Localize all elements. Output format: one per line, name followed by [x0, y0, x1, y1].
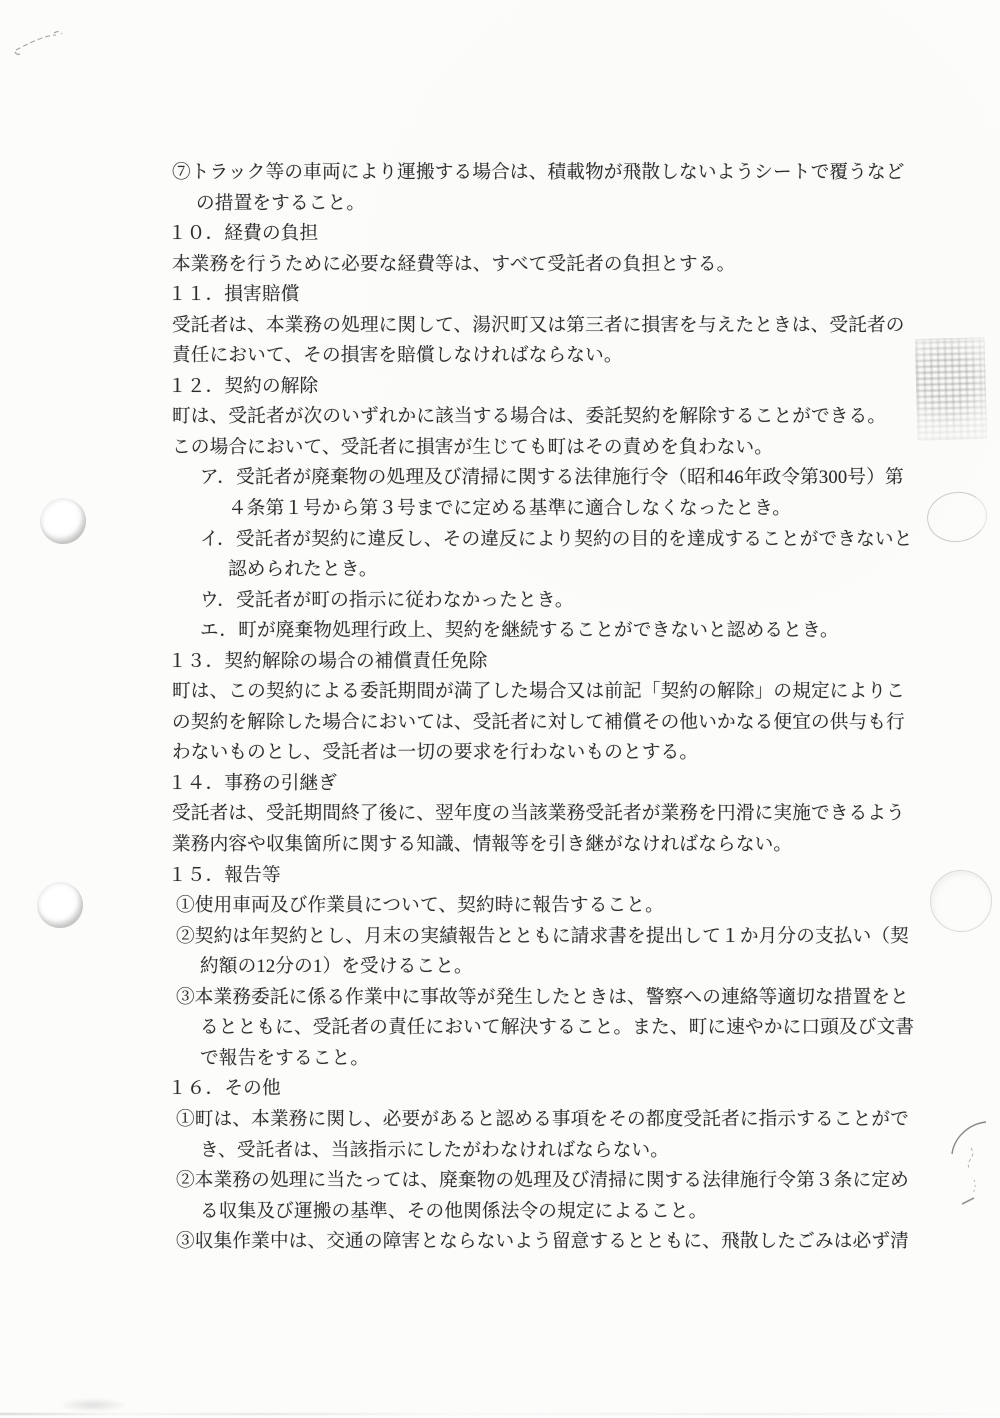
text-line: この場合において、受託者に損害が生じても町はその責めを負わない。: [172, 433, 928, 464]
paper-bottom-edge: [0, 1413, 1000, 1415]
handwritten-mark-icon: [938, 1108, 1000, 1223]
text-line: １３．契約解除の場合の補償責任免除: [168, 647, 928, 678]
text-line: 責任において、その損害を賠償しなければならない。: [172, 341, 928, 372]
text-line: 約額の12分の1）を受けること。: [200, 952, 928, 983]
text-line: ⑦トラック等の車両により運搬する場合は、積載物が飛散しないようシートで覆うなど: [172, 158, 928, 189]
text-line: １４．事務の引継ぎ: [168, 769, 928, 800]
pen-scratch-icon: [8, 20, 98, 80]
punch-hole-shadow: [40, 498, 86, 544]
text-line: るとともに、受託者の責任において解決すること。また、町に速やかに口頭及び文書: [200, 1013, 928, 1044]
text-line: の契約を解除した場合においては、受託者に対して補償その他いかなる便宜の供与も行: [172, 708, 928, 739]
text-line: 受託者は、本業務の処理に関して、湯沢町又は第三者に損害を与えたときは、受託者の: [172, 311, 928, 342]
text-line: の措置をすること。: [196, 189, 928, 220]
text-line: １１．損害賠償: [168, 280, 928, 311]
text-line: １６．その他: [168, 1074, 928, 1105]
text-line: イ．受託者が契約に違反し、その違反により契約の目的を達成することができないと: [200, 525, 928, 556]
text-line: ①町は、本業務に関し、必要があると認める事項をその都度受託者に指示することがで: [176, 1105, 928, 1136]
text-line: き、受託者は、当該指示にしたがわなければならない。: [200, 1136, 928, 1167]
faint-circle-impression: [930, 870, 992, 932]
punch-hole-shadow: [37, 882, 83, 928]
text-line: ４条第１号から第３号までに定める基準に適合しなくなったとき。: [228, 494, 928, 525]
text-line: １２．契約の解除: [168, 372, 928, 403]
text-line: ②契約は年契約とし、月末の実績報告とともに請求書を提出して１か月分の支払い（契: [176, 922, 928, 953]
paper-smudge: [58, 1398, 128, 1412]
text-line: ①使用車両及び作業員について、契約時に報告すること。: [176, 891, 928, 922]
document-body: ⑦トラック等の車両により運搬する場合は、積載物が飛散しないようシートで覆うなどの…: [168, 158, 928, 1258]
text-line: エ．町が廃棄物処理行政上、契約を継続することができないと認めるとき。: [200, 616, 928, 647]
text-line: で報告をすること。: [200, 1044, 928, 1075]
illegible-seal-stamp: [915, 337, 988, 441]
faint-circle-impression: [924, 488, 990, 546]
text-line: １５．報告等: [168, 861, 928, 892]
text-line: ア．受託者が廃棄物の処理及び清掃に関する法律施行令（昭和46年政令第300号）第: [200, 463, 928, 494]
text-line: 受託者は、受託期間終了後に、翌年度の当該業務受託者が業務を円滑に実施できるよう: [172, 799, 928, 830]
text-line: わないものとし、受託者は一切の要求を行わないものとする。: [172, 738, 928, 769]
text-line: 認められたとき。: [228, 555, 928, 586]
scanned-page: ⑦トラック等の車両により運搬する場合は、積載物が飛散しないようシートで覆うなどの…: [0, 0, 1000, 1418]
text-line: る収集及び運搬の基準、その他関係法令の規定によること。: [200, 1197, 928, 1228]
text-line: ③本業務委託に係る作業中に事故等が発生したときは、警察への連絡等適切な措置をと: [176, 983, 928, 1014]
text-line: ③収集作業中は、交通の障害とならないよう留意するとともに、飛散したごみは必ず清: [176, 1227, 928, 1258]
text-line: １０．経費の負担: [168, 219, 928, 250]
text-line: ウ．受託者が町の指示に従わなかったとき。: [200, 586, 928, 617]
text-line: 本業務を行うために必要な経費等は、すべて受託者の負担とする。: [172, 250, 928, 281]
text-line: 業務内容や収集箇所に関する知識、情報等を引き継がなければならない。: [172, 830, 928, 861]
text-line: ②本業務の処理に当たっては、廃棄物の処理及び清掃に関する法律施行令第３条に定め: [176, 1166, 928, 1197]
text-line: 町は、この契約による委託期間が満了した場合又は前記「契約の解除」の規定によりこ: [172, 677, 928, 708]
text-line: 町は、受託者が次のいずれかに該当する場合は、委託契約を解除することができる。: [172, 402, 928, 433]
